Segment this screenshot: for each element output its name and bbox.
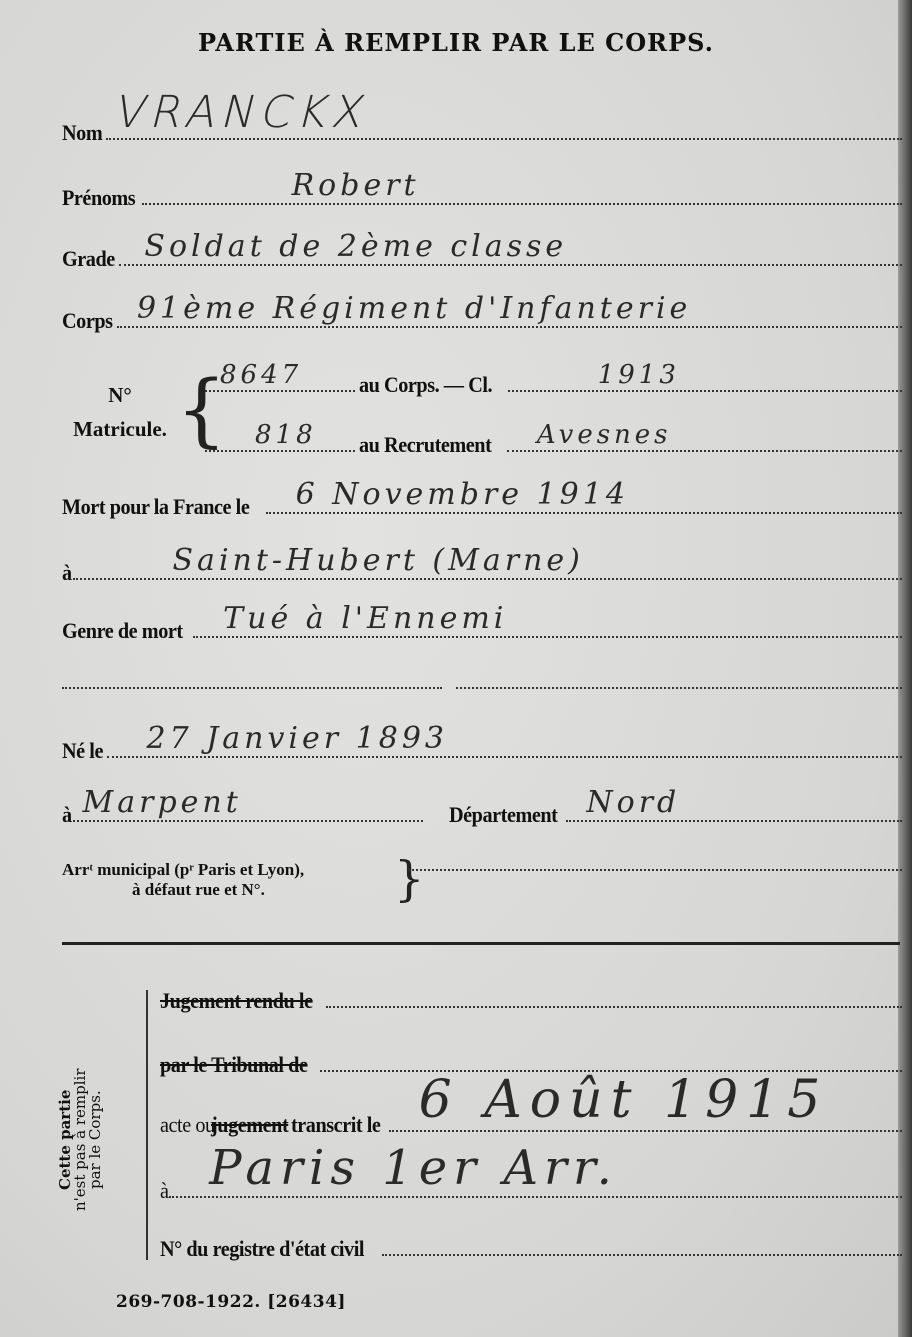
field-acte-transcrit: acte ou jugement transcrit le 6 Août 191… <box>160 1112 902 1138</box>
value-recrutement-place: Avesnes <box>537 420 672 450</box>
form-title: PARTIE À REMPLIR PAR LE CORPS. <box>0 28 912 57</box>
field-ne-le: Né le 27 Janvier 1893 <box>62 738 902 764</box>
label-genre-de-mort: Genre de mort <box>62 618 183 644</box>
value-acte-a: Paris 1er Arr. <box>209 1140 618 1196</box>
field-arrondissement <box>408 868 902 877</box>
value-acte-date: 6 Août 1915 <box>419 1070 829 1130</box>
value-matricule-recrutement: 818 <box>255 420 317 450</box>
side-bracket <box>146 990 148 1260</box>
field-jugement: Jugement rendu le <box>160 988 902 1014</box>
field-mort-le: Mort pour la France le 6 Novembre 1914 <box>62 494 902 520</box>
field-registre: N° du registre d'état civil <box>160 1236 902 1262</box>
field-mort-a: à Saint-Hubert (Marne) <box>62 560 902 586</box>
field-genre-de-mort: Genre de mort Tué à l'Ennemi <box>62 618 902 644</box>
value-genre-de-mort: Tué à l'Ennemi <box>223 601 507 636</box>
side-note: Cette partie n'est pas à remplir par le … <box>58 1030 138 1250</box>
value-departement: Nord <box>586 785 680 820</box>
label-mort-le: Mort pour la France le <box>62 494 249 520</box>
label-acte-a: à <box>160 1178 169 1204</box>
label-jugement-struck-2: jugement <box>211 1112 288 1138</box>
label-mort-a: à <box>62 560 72 586</box>
value-prenoms: Robert <box>292 168 420 203</box>
field-matricule-recrutement: 818 au Recrutement Avesnes <box>205 432 902 458</box>
label-ne-le: Né le <box>62 738 103 764</box>
label-registre: N° du registre d'état civil <box>160 1236 364 1262</box>
field-acte-a: à Paris 1er Arr. <box>160 1178 902 1204</box>
value-ne-a: Marpent <box>83 785 242 820</box>
label-au-corps-classe: au Corps. — Cl. <box>359 372 492 398</box>
value-ne-le: 27 Janvier 1893 <box>147 721 448 756</box>
field-grade: Grade Soldat de 2ème classe <box>62 246 902 272</box>
label-transcrit-le: transcrit le <box>291 1112 380 1138</box>
field-ne-a: à Marpent Département Nord <box>62 802 902 828</box>
field-nom: Nom VRANCKX <box>62 120 902 146</box>
label-grade: Grade <box>62 246 115 272</box>
brace-arrondissement: } <box>394 855 425 903</box>
field-empty-line <box>62 686 902 695</box>
label-corps: Corps <box>62 308 113 334</box>
label-matricule: N° Matricule. <box>60 378 180 446</box>
print-reference: 269-708-1922. [26434] <box>116 1292 346 1312</box>
label-departement: Département <box>449 802 557 828</box>
label-arrondissement: Arrᵗ municipal (pʳ Paris et Lyon), à déf… <box>62 860 304 900</box>
section-divider <box>62 942 900 945</box>
label-nom: Nom <box>62 120 102 146</box>
value-mort-a: Saint-Hubert (Marne) <box>173 543 584 578</box>
label-tribunal-struck: par le Tribunal de <box>160 1052 308 1078</box>
label-jugement-struck: Jugement rendu le <box>160 988 313 1014</box>
value-corps: 91ème Régiment d'Infanterie <box>137 291 691 326</box>
label-acte-ou: acte ou <box>160 1112 215 1138</box>
value-mort-le: 6 Novembre 1914 <box>296 477 629 512</box>
value-classe: 1913 <box>598 360 680 390</box>
field-corps: Corps 91ème Régiment d'Infanterie <box>62 308 902 334</box>
label-prenoms: Prénoms <box>62 185 135 211</box>
value-grade: Soldat de 2ème classe <box>144 229 567 264</box>
label-ne-a: à <box>62 802 72 828</box>
field-prenoms: Prénoms Robert <box>62 185 902 211</box>
label-au-recrutement: au Recrutement <box>359 432 491 458</box>
field-matricule-corps: 8647 au Corps. — Cl. 1913 <box>205 372 902 398</box>
value-nom: VRANCKX <box>109 87 375 138</box>
value-matricule-corps: 8647 <box>220 360 302 390</box>
